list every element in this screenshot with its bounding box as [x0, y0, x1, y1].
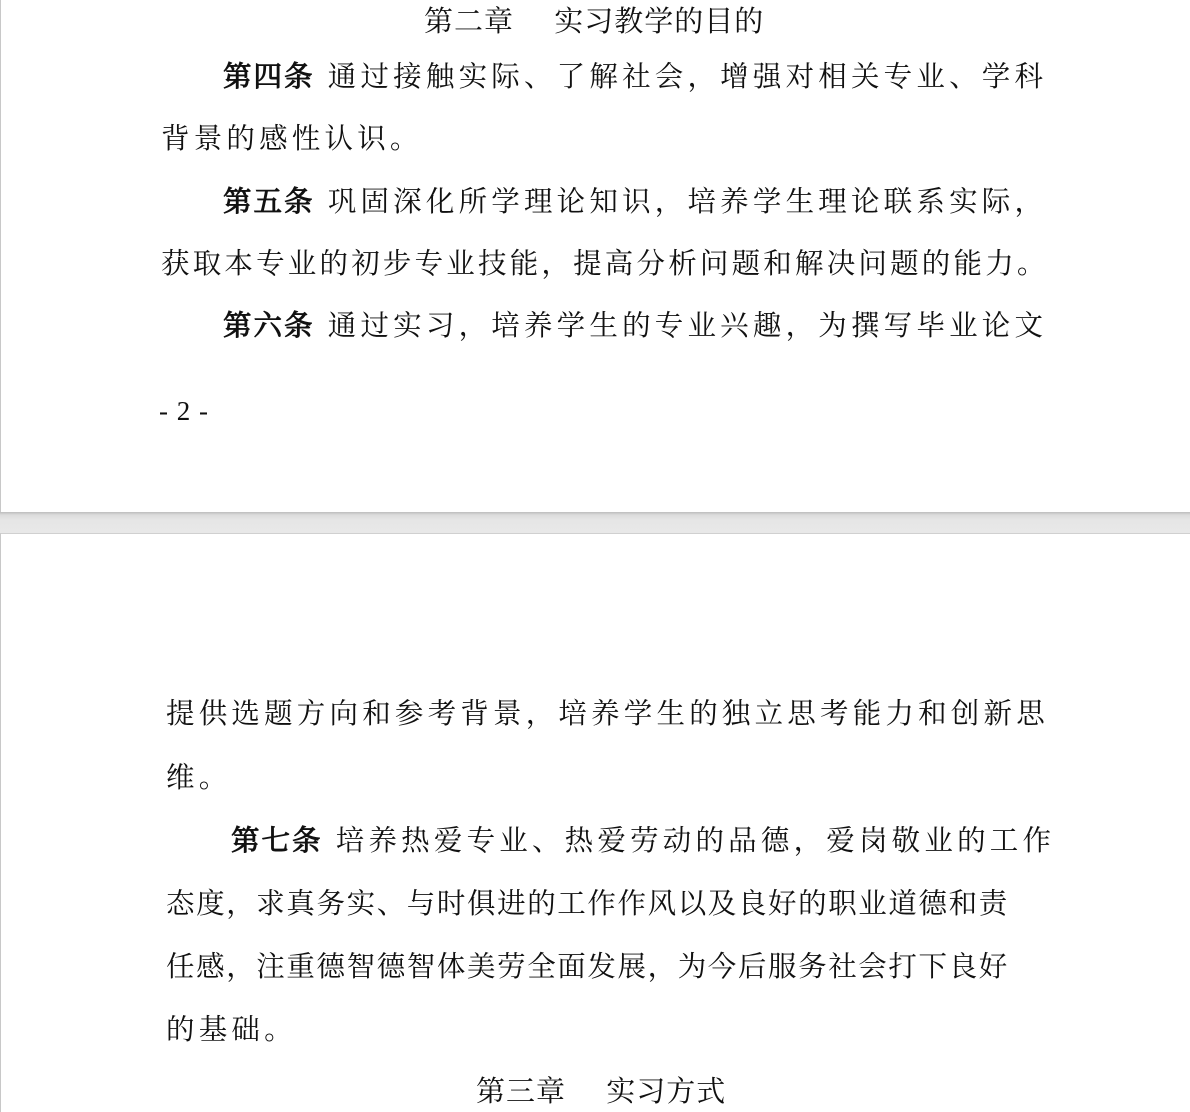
chapter-heading-3: 第三章 实习方式 — [476, 1074, 726, 1108]
article-7-label: 第七条 — [231, 824, 323, 857]
article-4-label: 第四条 — [223, 60, 315, 93]
article-7-line-3: 任感，注重德智德智体美劳全面发展，为今后服务社会打下良好 — [166, 950, 1009, 984]
article-6-continuation-line-1: 提供选题方向和参考背景，培养学生的独立思考能力和创新思 — [166, 697, 1049, 731]
article-7-line-1: 第七条 培养热爱专业、热爱劳动的品德，爱岗敬业的工作 — [231, 824, 1055, 858]
article-7-line-2: 态度，求真务实、与时俱进的工作作风以及良好的职业道德和责 — [166, 887, 1009, 921]
article-6-text: 通过实习，培养学生的专业兴趣，为撰写毕业论文 — [328, 309, 1047, 342]
article-7-line-4: 的基础。 — [166, 1013, 297, 1047]
article-4-text: 通过接触实际、了解社会，增强对相关专业、学科 — [328, 60, 1047, 93]
article-5-line-2: 获取本专业的初步专业技能，提高分析问题和解决问题的能力。 — [161, 247, 1049, 281]
page-separator — [0, 512, 1190, 533]
article-4-line-2: 背景的感性认识。 — [161, 122, 423, 156]
article-5-label: 第五条 — [223, 185, 315, 218]
article-5-line-1: 第五条 巩固深化所学理论知识，培养学生理论联系实际， — [223, 185, 1047, 219]
article-6-continuation-line-2: 维。 — [166, 761, 231, 795]
article-5-text: 巩固深化所学理论知识，培养学生理论联系实际， — [328, 185, 1047, 218]
page-number: - 2 - — [159, 396, 209, 426]
article-6-label: 第六条 — [223, 309, 315, 342]
document-page-3: 提供选题方向和参考背景，培养学生的独立思考能力和创新思 维。 第七条 培养热爱专… — [0, 533, 1190, 1112]
chapter-heading-2: 第二章 实习教学的目的 — [424, 4, 764, 38]
article-7-text: 培养热爱专业、热爱劳动的品德，爱岗敬业的工作 — [336, 824, 1055, 857]
article-4-line-1: 第四条 通过接触实际、了解社会，增强对相关专业、学科 — [223, 60, 1047, 94]
article-6-line-1: 第六条 通过实习，培养学生的专业兴趣，为撰写毕业论文 — [223, 309, 1047, 343]
document-page-2: 第二章 实习教学的目的 第四条 通过接触实际、了解社会，增强对相关专业、学科 背… — [0, 0, 1190, 512]
